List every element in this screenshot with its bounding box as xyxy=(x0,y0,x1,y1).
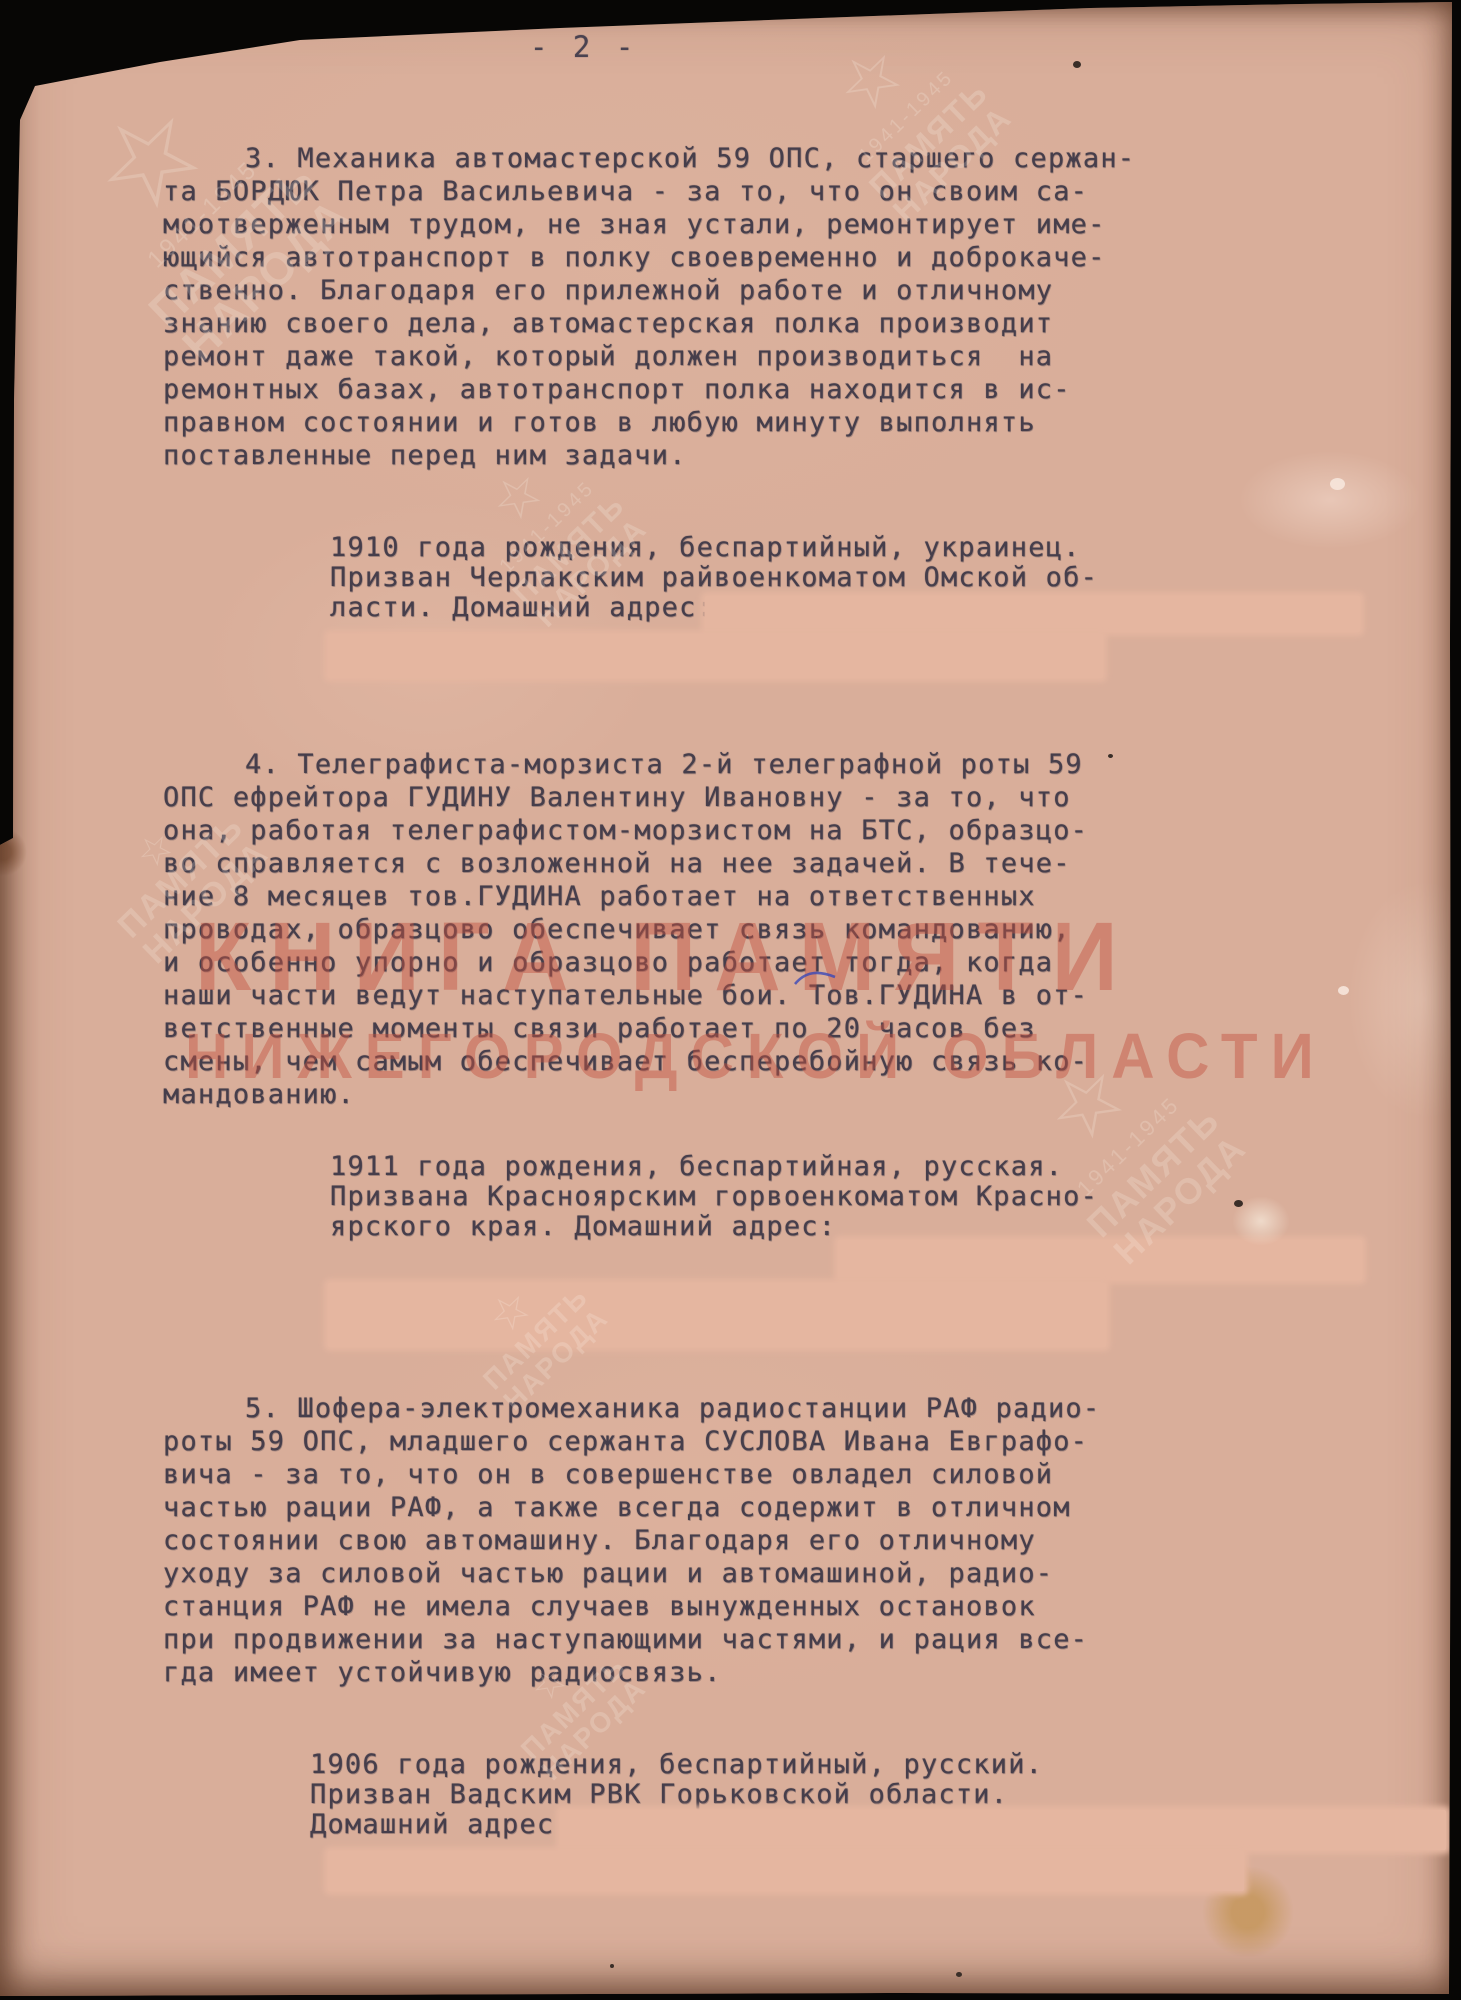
scanned-document-page: - 2 - 3. Механика автомастерской 59 ОПС,… xyxy=(0,0,1461,2000)
memory-book-stamp-line1: КНИГА ПАМЯТИ xyxy=(195,902,1136,1013)
paper-speck xyxy=(1073,61,1081,68)
text-line: гда имеет устойчивую радиосвязь. xyxy=(163,1656,1143,1689)
memory-book-stamp-line2: НИЖЕГОРОДСКОЙ ОБЛАСТИ xyxy=(185,1020,1327,1093)
text-line: 4. Телеграфиста-морзиста 2-й телеграфной… xyxy=(163,748,1143,781)
text-line: ремонтных базах, автотранспорт полка нах… xyxy=(163,373,1143,406)
text-line: та БОРДЮК Петра Васильевича - за то, что… xyxy=(163,175,1143,208)
text-line: Призвана Красноярским горвоенкоматом Кра… xyxy=(330,1182,1190,1212)
text-line: 1906 года рождения, беспартийный, русски… xyxy=(310,1750,1170,1780)
page-number: - 2 - xyxy=(530,30,637,64)
paragraph-5-driver-citation: 5. Шофера-электромеханика радиостанции Р… xyxy=(163,1392,1143,1689)
paper-speck xyxy=(1108,754,1113,758)
redaction-patch xyxy=(328,634,1103,678)
paper-speck xyxy=(258,1438,262,1441)
paragraph-3-mechanic-citation: 3. Механика автомастерской 59 ОПС, старш… xyxy=(163,142,1143,472)
text-line: ремонт даже такой, который должен произв… xyxy=(163,340,1143,373)
text-line: частью рации РАФ, а также всегда содержи… xyxy=(163,1491,1143,1524)
paper-sheet: - 2 - 3. Механика автомастерской 59 ОПС,… xyxy=(0,0,1461,2000)
text-line: правном состоянии и готов в любую минуту… xyxy=(163,406,1143,439)
redaction-patch xyxy=(328,1851,1244,1891)
personal-info-1911: 1911 года рождения, беспартийная, русска… xyxy=(330,1152,1190,1242)
text-line: 3. Механика автомастерской 59 ОПС, старш… xyxy=(163,142,1143,175)
redaction-patch xyxy=(560,1810,1446,1850)
text-line: знанию своего дела, автомастерская полка… xyxy=(163,307,1143,340)
text-line: 1911 года рождения, беспартийная, русска… xyxy=(330,1152,1190,1182)
text-line: ОПС ефрейтора ГУДИНУ Валентину Ивановну … xyxy=(163,781,1143,814)
punch-hole xyxy=(1338,986,1349,995)
text-line: 1910 года рождения, беспартийный, украин… xyxy=(330,533,1190,563)
redaction-patch xyxy=(705,596,1360,632)
text-line: ственно. Благодаря его прилежной работе … xyxy=(163,274,1143,307)
text-line: ющийся автотранспорт в полку своевременн… xyxy=(163,241,1143,274)
text-line: при продвижении за наступающими частями,… xyxy=(163,1623,1143,1656)
text-line: станция РАФ не имела случаев вынужденных… xyxy=(163,1590,1143,1623)
redaction-patch xyxy=(328,1283,1106,1347)
redaction-patch xyxy=(838,1240,1362,1280)
paper-speck xyxy=(1234,1200,1243,1207)
text-line: во справляется с возложенной на нее зада… xyxy=(163,847,1143,880)
text-line: 5. Шофера-электромеханика радиостанции Р… xyxy=(163,1392,1143,1425)
text-line: ярского края. Домашний адрес: xyxy=(330,1212,1190,1242)
text-line: уходу за силовой частью рации и автомаши… xyxy=(163,1557,1143,1590)
text-line: Призван Черлакским райвоенкоматом Омской… xyxy=(330,563,1190,593)
punch-hole xyxy=(1330,478,1345,490)
paper-speck xyxy=(610,1964,614,1968)
text-line: роты 59 ОПС, младшего сержанта СУСЛОВА И… xyxy=(163,1425,1143,1458)
text-line: вича - за то, что он в совершенстве овла… xyxy=(163,1458,1143,1491)
text-line: она, работая телеграфистом-морзистом на … xyxy=(163,814,1143,847)
text-line: состоянии свою автомашину. Благодаря его… xyxy=(163,1524,1143,1557)
blue-ink-mark xyxy=(793,968,837,990)
text-line: моотверженным трудом, не зная устали, ре… xyxy=(163,208,1143,241)
text-line: Призван Вадским РВК Горьковской области. xyxy=(310,1780,1170,1810)
paper-speck xyxy=(956,1972,962,1977)
text-line: поставленные перед ним задачи. xyxy=(163,439,1143,472)
